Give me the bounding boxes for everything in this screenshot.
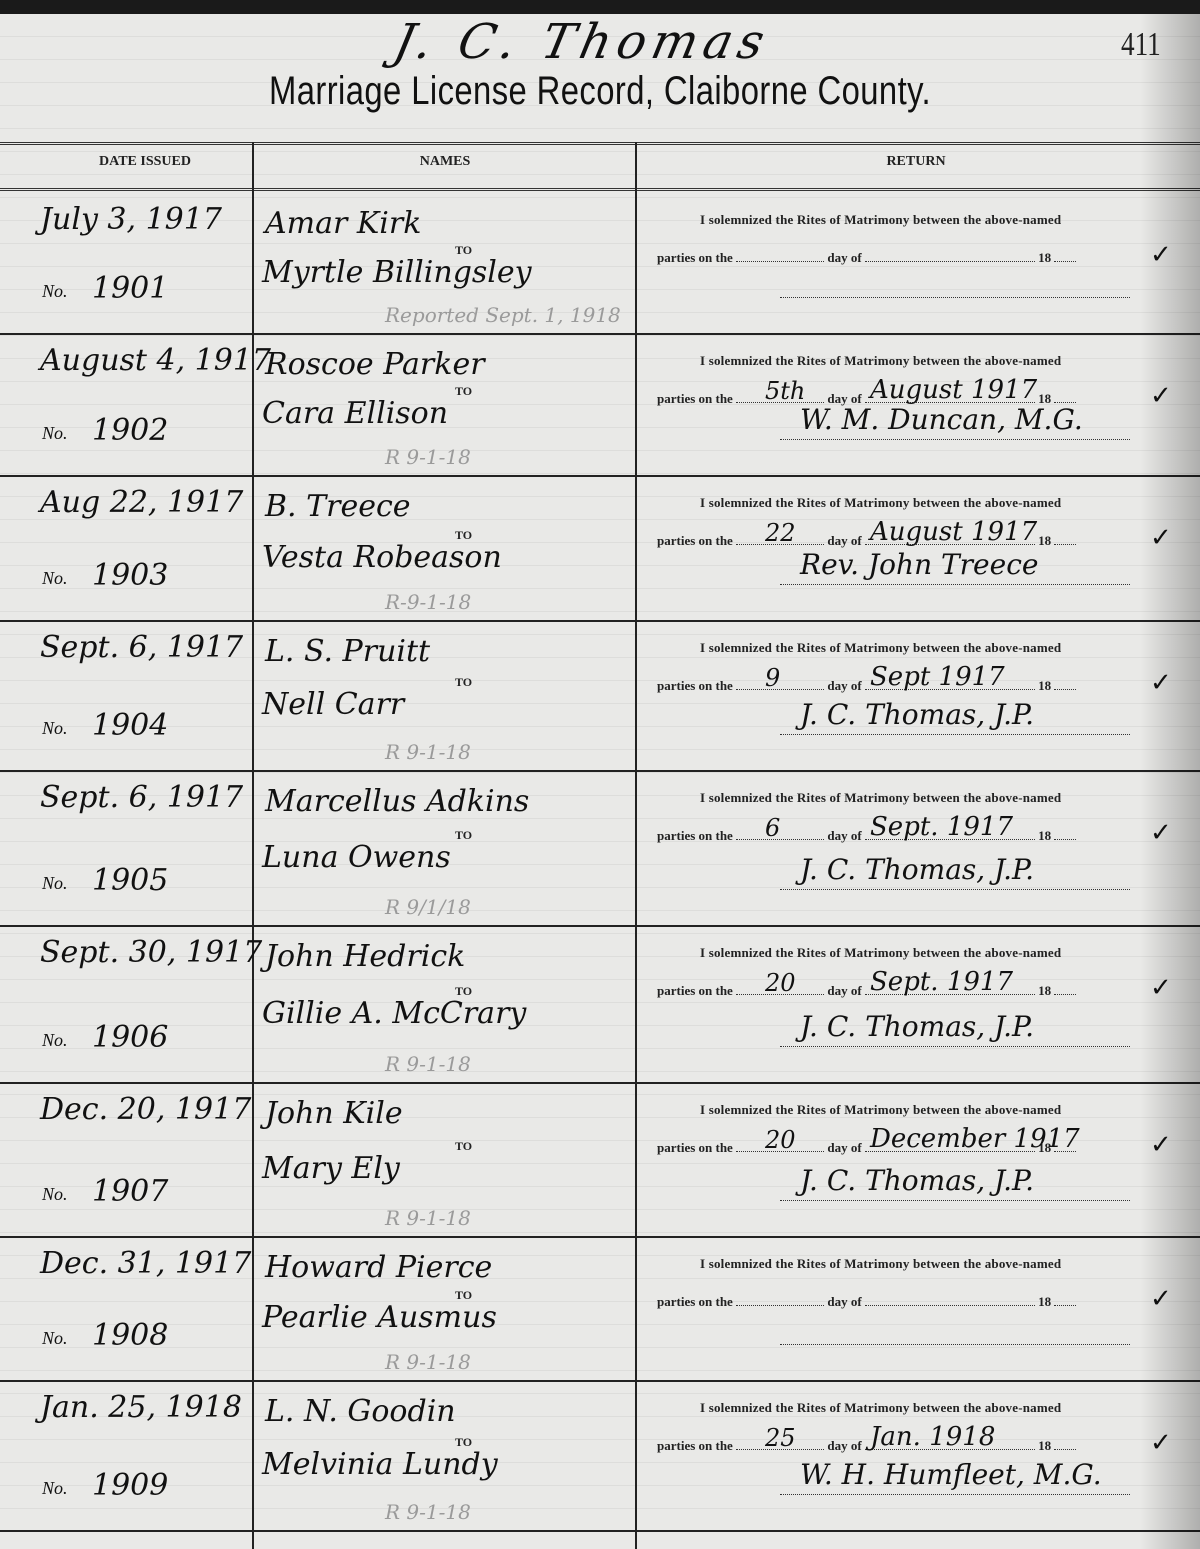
license-number-label: No. <box>42 1478 68 1499</box>
recorded-note: R 9/1/18 <box>385 895 471 919</box>
record-row: Sept. 30, 1917 No. 1906 John Hedrick TO … <box>0 925 1200 1082</box>
groom-name: John Hedrick <box>265 939 465 974</box>
groom-name: Amar Kirk <box>265 206 421 241</box>
bride-name: Nell Carr <box>262 687 404 722</box>
year-blank <box>1054 829 1076 840</box>
officiant-signature: J. C. Thomas, J.P. <box>800 698 1034 731</box>
parties-line: parties on the day of 18 <box>657 828 1076 844</box>
parties-on-label: parties on the <box>657 533 733 548</box>
license-number: 1905 <box>92 863 168 898</box>
return-month-year: August 1917 <box>870 517 1037 547</box>
officiant-signature-line <box>780 297 1130 298</box>
return-month-year: August 1917 <box>870 375 1037 405</box>
record-row: Dec. 20, 1917 No. 1907 John Kile TO Mary… <box>0 1082 1200 1236</box>
solemnized-text: I solemnized the Rites of Matrimony betw… <box>700 1400 1061 1416</box>
page-number: 411 <box>1121 26 1161 64</box>
year-blank <box>1054 392 1076 403</box>
year-blank <box>1054 679 1076 690</box>
check-mark-icon: ✓ <box>1150 1130 1172 1160</box>
officiant-signature-line <box>780 584 1130 585</box>
date-issued: Sept. 6, 1917 <box>40 630 243 665</box>
license-number: 1902 <box>92 413 168 448</box>
check-mark-icon: ✓ <box>1150 1428 1172 1458</box>
parties-on-label: parties on the <box>657 828 733 843</box>
bride-name: Pearlie Ausmus <box>262 1300 497 1335</box>
record-row: Dec. 31, 1917 No. 1908 Howard Pierce TO … <box>0 1236 1200 1380</box>
solemnized-text: I solemnized the Rites of Matrimony betw… <box>700 495 1061 511</box>
column-header-names: NAMES <box>255 154 635 170</box>
parties-line: parties on the day of 18 <box>657 678 1076 694</box>
day-blank <box>736 251 824 262</box>
month-blank <box>865 1295 1035 1306</box>
officiant-signature-line <box>780 1200 1130 1201</box>
record-row: Jan. 25, 1918 No. 1909 L. N. Goodin TO M… <box>0 1380 1200 1530</box>
return-day: 9 <box>765 664 780 692</box>
ledger-page: J. C. Thomas Marriage License Record, Cl… <box>0 14 1200 1549</box>
date-issued: Aug 22, 1917 <box>40 485 243 520</box>
return-month-year: Jan. 1918 <box>870 1422 995 1452</box>
officiant-signature-line <box>780 734 1130 735</box>
year-prefix: 18 <box>1038 828 1051 843</box>
recorded-note: R 9-1-18 <box>385 445 471 469</box>
license-number: 1903 <box>92 558 168 593</box>
check-mark-icon: ✓ <box>1150 818 1172 848</box>
solemnized-text: I solemnized the Rites of Matrimony betw… <box>700 790 1061 806</box>
bride-name: Melvinia Lundy <box>262 1447 498 1482</box>
row-divider <box>0 1530 1200 1532</box>
officiant-signature: W. H. Humfleet, M.G. <box>800 1458 1102 1491</box>
day-of-label: day of <box>827 250 861 265</box>
date-issued: Sept. 30, 1917 <box>40 935 262 970</box>
bride-name: Luna Owens <box>262 840 451 875</box>
date-issued: Dec. 31, 1917 <box>40 1246 251 1281</box>
parties-line: parties on the day of 18 <box>657 1294 1076 1310</box>
solemnized-text: I solemnized the Rites of Matrimony betw… <box>700 353 1061 369</box>
return-day: 25 <box>765 1424 796 1452</box>
year-prefix: 18 <box>1038 678 1051 693</box>
year-prefix: 18 <box>1038 250 1051 265</box>
return-month-year: Sept 1917 <box>870 662 1005 692</box>
parties-line: parties on the day of 18 <box>657 250 1076 266</box>
groom-name: Roscoe Parker <box>265 347 485 382</box>
day-of-label: day of <box>827 678 861 693</box>
parties-on-label: parties on the <box>657 1294 733 1309</box>
solemnized-text: I solemnized the Rites of Matrimony betw… <box>700 1256 1061 1272</box>
license-number-label: No. <box>42 1184 68 1205</box>
license-number: 1901 <box>92 271 168 306</box>
license-number: 1909 <box>92 1468 168 1503</box>
groom-name: Marcellus Adkins <box>265 784 529 819</box>
return-month-year: Sept. 1917 <box>870 812 1013 842</box>
bride-name: Vesta Robeason <box>262 540 502 575</box>
officiant-signature-line <box>780 439 1130 440</box>
check-mark-icon: ✓ <box>1150 523 1172 553</box>
to-label: TO <box>455 384 472 399</box>
license-number: 1904 <box>92 708 168 743</box>
to-label: TO <box>455 828 472 843</box>
groom-name: John Kile <box>265 1096 403 1131</box>
record-row: August 4, 1917 No. 1902 Roscoe Parker TO… <box>0 333 1200 475</box>
groom-name: Howard Pierce <box>265 1250 492 1285</box>
recorded-note: R 9-1-18 <box>385 740 471 764</box>
recorded-note: R 9-1-18 <box>385 1350 471 1374</box>
date-issued: Sept. 6, 1917 <box>40 780 243 815</box>
officiant-signature: J. C. Thomas, J.P. <box>800 1164 1034 1197</box>
check-mark-icon: ✓ <box>1150 973 1172 1003</box>
column-header-date: DATE ISSUED <box>40 154 250 170</box>
parties-on-label: parties on the <box>657 391 733 406</box>
solemnized-text: I solemnized the Rites of Matrimony betw… <box>700 1102 1061 1118</box>
date-issued: Dec. 20, 1917 <box>40 1092 251 1127</box>
officiant-signature: W. M. Duncan, M.G. <box>800 403 1083 436</box>
year-prefix: 18 <box>1038 1294 1051 1309</box>
recorded-note: Reported Sept. 1, 1918 <box>385 303 621 327</box>
officiant-signature-line <box>780 1494 1130 1495</box>
groom-name: L. S. Pruitt <box>265 634 430 669</box>
year-blank <box>1054 984 1076 995</box>
bride-name: Mary Ely <box>262 1151 400 1186</box>
year-prefix: 18 <box>1038 983 1051 998</box>
day-of-label: day of <box>827 828 861 843</box>
year-blank <box>1054 251 1076 262</box>
date-issued: July 3, 1917 <box>40 202 222 237</box>
officiant-signature: J. C. Thomas, J.P. <box>800 853 1034 886</box>
check-mark-icon: ✓ <box>1150 1284 1172 1314</box>
return-day: 22 <box>765 519 796 547</box>
parties-on-label: parties on the <box>657 250 733 265</box>
return-month-year: Sept. 1917 <box>870 967 1013 997</box>
return-day: 20 <box>765 969 796 997</box>
parties-on-label: parties on the <box>657 678 733 693</box>
license-number-label: No. <box>42 1030 68 1051</box>
parties-on-label: parties on the <box>657 983 733 998</box>
solemnized-text: I solemnized the Rites of Matrimony betw… <box>700 212 1061 228</box>
date-issued: Jan. 25, 1918 <box>40 1390 242 1425</box>
record-row: Sept. 6, 1917 No. 1905 Marcellus Adkins … <box>0 770 1200 925</box>
day-of-label: day of <box>827 1438 861 1453</box>
officiant-signature-line <box>780 1344 1130 1345</box>
year-blank <box>1054 1295 1076 1306</box>
to-label: TO <box>455 1139 472 1154</box>
recorded-note: R 9-1-18 <box>385 1500 471 1524</box>
header-top-rule <box>0 142 1200 145</box>
return-day: 6 <box>765 814 780 842</box>
officiant-signature: J. C. Thomas, J.P. <box>800 1010 1034 1043</box>
parties-line: parties on the day of 18 <box>657 1438 1076 1454</box>
bride-name: Myrtle Billingsley <box>262 255 532 290</box>
year-prefix: 18 <box>1038 533 1051 548</box>
check-mark-icon: ✓ <box>1150 381 1172 411</box>
day-of-label: day of <box>827 533 861 548</box>
bride-name: Cara Ellison <box>262 396 448 431</box>
day-of-label: day of <box>827 983 861 998</box>
return-day: 20 <box>765 1126 796 1154</box>
recorded-note: R 9-1-18 <box>385 1052 471 1076</box>
recorded-note: R-9-1-18 <box>385 590 471 614</box>
record-row: Aug 22, 1917 No. 1903 B. Treece TO Vesta… <box>0 475 1200 620</box>
officiant-signature-line <box>780 1046 1130 1047</box>
parties-on-label: parties on the <box>657 1140 733 1155</box>
column-header-return: RETURN <box>636 154 1196 170</box>
record-row: Sept. 6, 1917 No. 1904 L. S. Pruitt TO N… <box>0 620 1200 770</box>
parties-line: parties on the day of 18 <box>657 983 1076 999</box>
return-month-year: December 1917 <box>870 1124 1080 1154</box>
license-number: 1907 <box>92 1174 168 1209</box>
bride-name: Gillie A. McCrary <box>262 996 526 1031</box>
license-number-label: No. <box>42 718 68 739</box>
license-number-label: No. <box>42 1328 68 1349</box>
header-signature: J. C. Thomas <box>389 14 775 70</box>
year-blank <box>1054 534 1076 545</box>
solemnized-text: I solemnized the Rites of Matrimony betw… <box>700 640 1061 656</box>
officiant-signature: Rev. John Treece <box>800 548 1038 581</box>
license-number: 1906 <box>92 1020 168 1055</box>
return-day: 5th <box>765 377 805 405</box>
year-blank <box>1054 1439 1076 1450</box>
check-mark-icon: ✓ <box>1150 240 1172 270</box>
day-blank <box>736 1295 824 1306</box>
license-number-label: No. <box>42 281 68 302</box>
day-of-label: day of <box>827 1294 861 1309</box>
year-prefix: 18 <box>1038 1438 1051 1453</box>
parties-on-label: parties on the <box>657 1438 733 1453</box>
check-mark-icon: ✓ <box>1150 668 1172 698</box>
page-title: Marriage License Record, Claiborne Count… <box>108 69 1092 114</box>
license-number-label: No. <box>42 423 68 444</box>
month-blank <box>865 251 1035 262</box>
recorded-note: R 9-1-18 <box>385 1206 471 1230</box>
groom-name: L. N. Goodin <box>265 1394 456 1429</box>
license-number-label: No. <box>42 873 68 894</box>
to-label: TO <box>455 675 472 690</box>
header-bottom-rule <box>0 188 1200 191</box>
license-number-label: No. <box>42 568 68 589</box>
groom-name: B. Treece <box>265 489 411 524</box>
solemnized-text: I solemnized the Rites of Matrimony betw… <box>700 945 1061 961</box>
license-number: 1908 <box>92 1318 168 1353</box>
record-row: July 3, 1917 No. 1901 Amar Kirk TO Myrtl… <box>0 192 1200 333</box>
officiant-signature-line <box>780 889 1130 890</box>
date-issued: August 4, 1917 <box>40 343 271 378</box>
day-of-label: day of <box>827 1140 861 1155</box>
